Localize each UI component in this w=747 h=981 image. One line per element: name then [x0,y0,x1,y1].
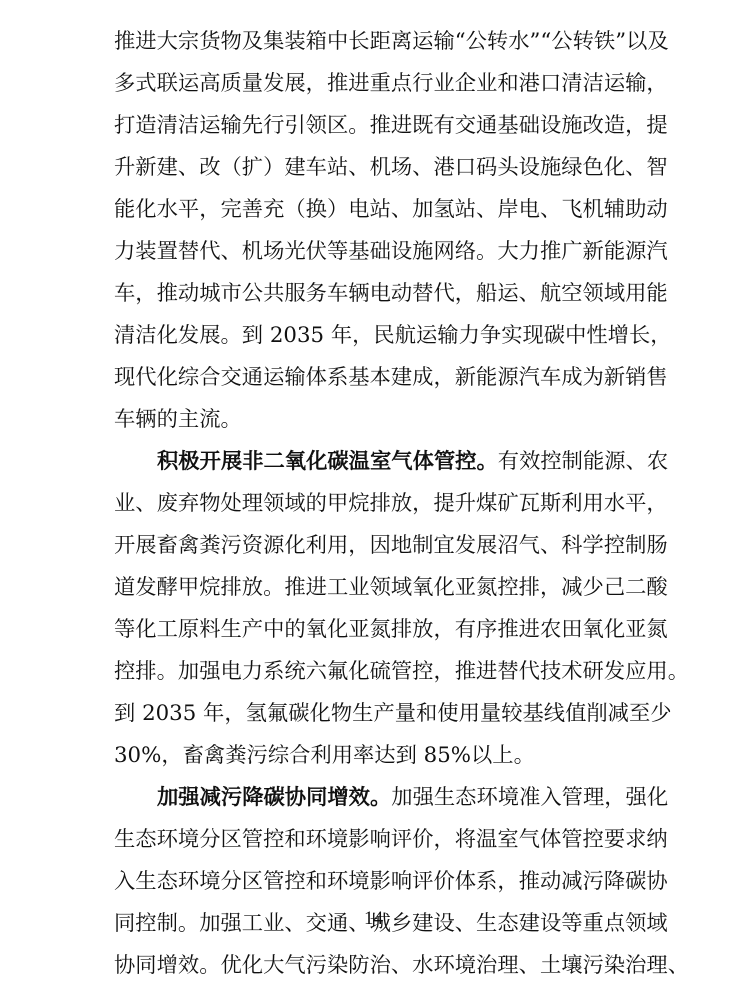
text-line: 等化工原料生产中的氧化亚氮排放，有序推进农田氧化亚氮 [114,609,638,651]
text-line: 控排。加强电力系统六氟化硫管控，推进替代技术研发应用。 [114,651,638,693]
body-text: 推进大宗货物及集装箱中长距离运输“公转水”“公转铁”以及 多式联运高质量发展，推… [114,21,638,981]
page-number: 14 [0,908,747,930]
paragraph-heading-line: 积极开展非二氧化碳温室气体管控。有效控制能源、农 [114,441,638,483]
paragraph-heading: 加强减污降碳协同增效。 [157,785,391,810]
text-line: 多式联运高质量发展，推进重点行业企业和港口清洁运输， [114,63,638,105]
text-line: 能化水平，完善充（换）电站、加氢站、岸电、飞机辅助动 [114,189,638,231]
text-line: 协同增效。优化大气污染防治、水环境治理、土壤污染治理、 [114,945,638,981]
text-line: 到 2035 年，氢氟碳化物生产量和使用量较基线值削减至少 [114,693,638,735]
text-line: 30%，畜禽粪污综合利用率达到 85%以上。 [114,735,638,777]
text-line: 车辆的主流。 [114,399,638,441]
text-span: 加强生态环境准入管理，强化 [391,785,668,810]
text-line: 现代化综合交通运输体系基本建成，新能源汽车成为新销售 [114,357,638,399]
document-page: 推进大宗货物及集装箱中长距离运输“公转水”“公转铁”以及 多式联运高质量发展，推… [0,0,747,981]
text-line: 清洁化发展。到 2035 年，民航运输力争实现碳中性增长， [114,315,638,357]
paragraph-heading-line: 加强减污降碳协同增效。加强生态环境准入管理，强化 [114,777,638,819]
text-line: 力装置替代、机场光伏等基础设施网络。大力推广新能源汽 [114,231,638,273]
text-line: 业、废弃物处理领域的甲烷排放，提升煤矿瓦斯利用水平， [114,483,638,525]
text-line: 道发酵甲烷排放。推进工业领域氧化亚氮控排，减少己二酸 [114,567,638,609]
text-line: 入生态环境分区管控和环境影响评价体系，推动减污降碳协 [114,861,638,903]
text-line: 开展畜禽粪污资源化利用，因地制宜发展沼气、科学控制肠 [114,525,638,567]
text-span: 有效控制能源、农 [498,449,668,474]
text-line: 升新建、改（扩）建车站、机场、港口码头设施绿色化、智 [114,147,638,189]
paragraph-heading: 积极开展非二氧化碳温室气体管控。 [157,449,498,474]
text-line: 打造清洁运输先行引领区。推进既有交通基础设施改造，提 [114,105,638,147]
text-line: 车，推动城市公共服务车辆电动替代，船运、航空领域用能 [114,273,638,315]
text-line: 生态环境分区管控和环境影响评价，将温室气体管控要求纳 [114,819,638,861]
text-line: 推进大宗货物及集装箱中长距离运输“公转水”“公转铁”以及 [114,21,638,63]
